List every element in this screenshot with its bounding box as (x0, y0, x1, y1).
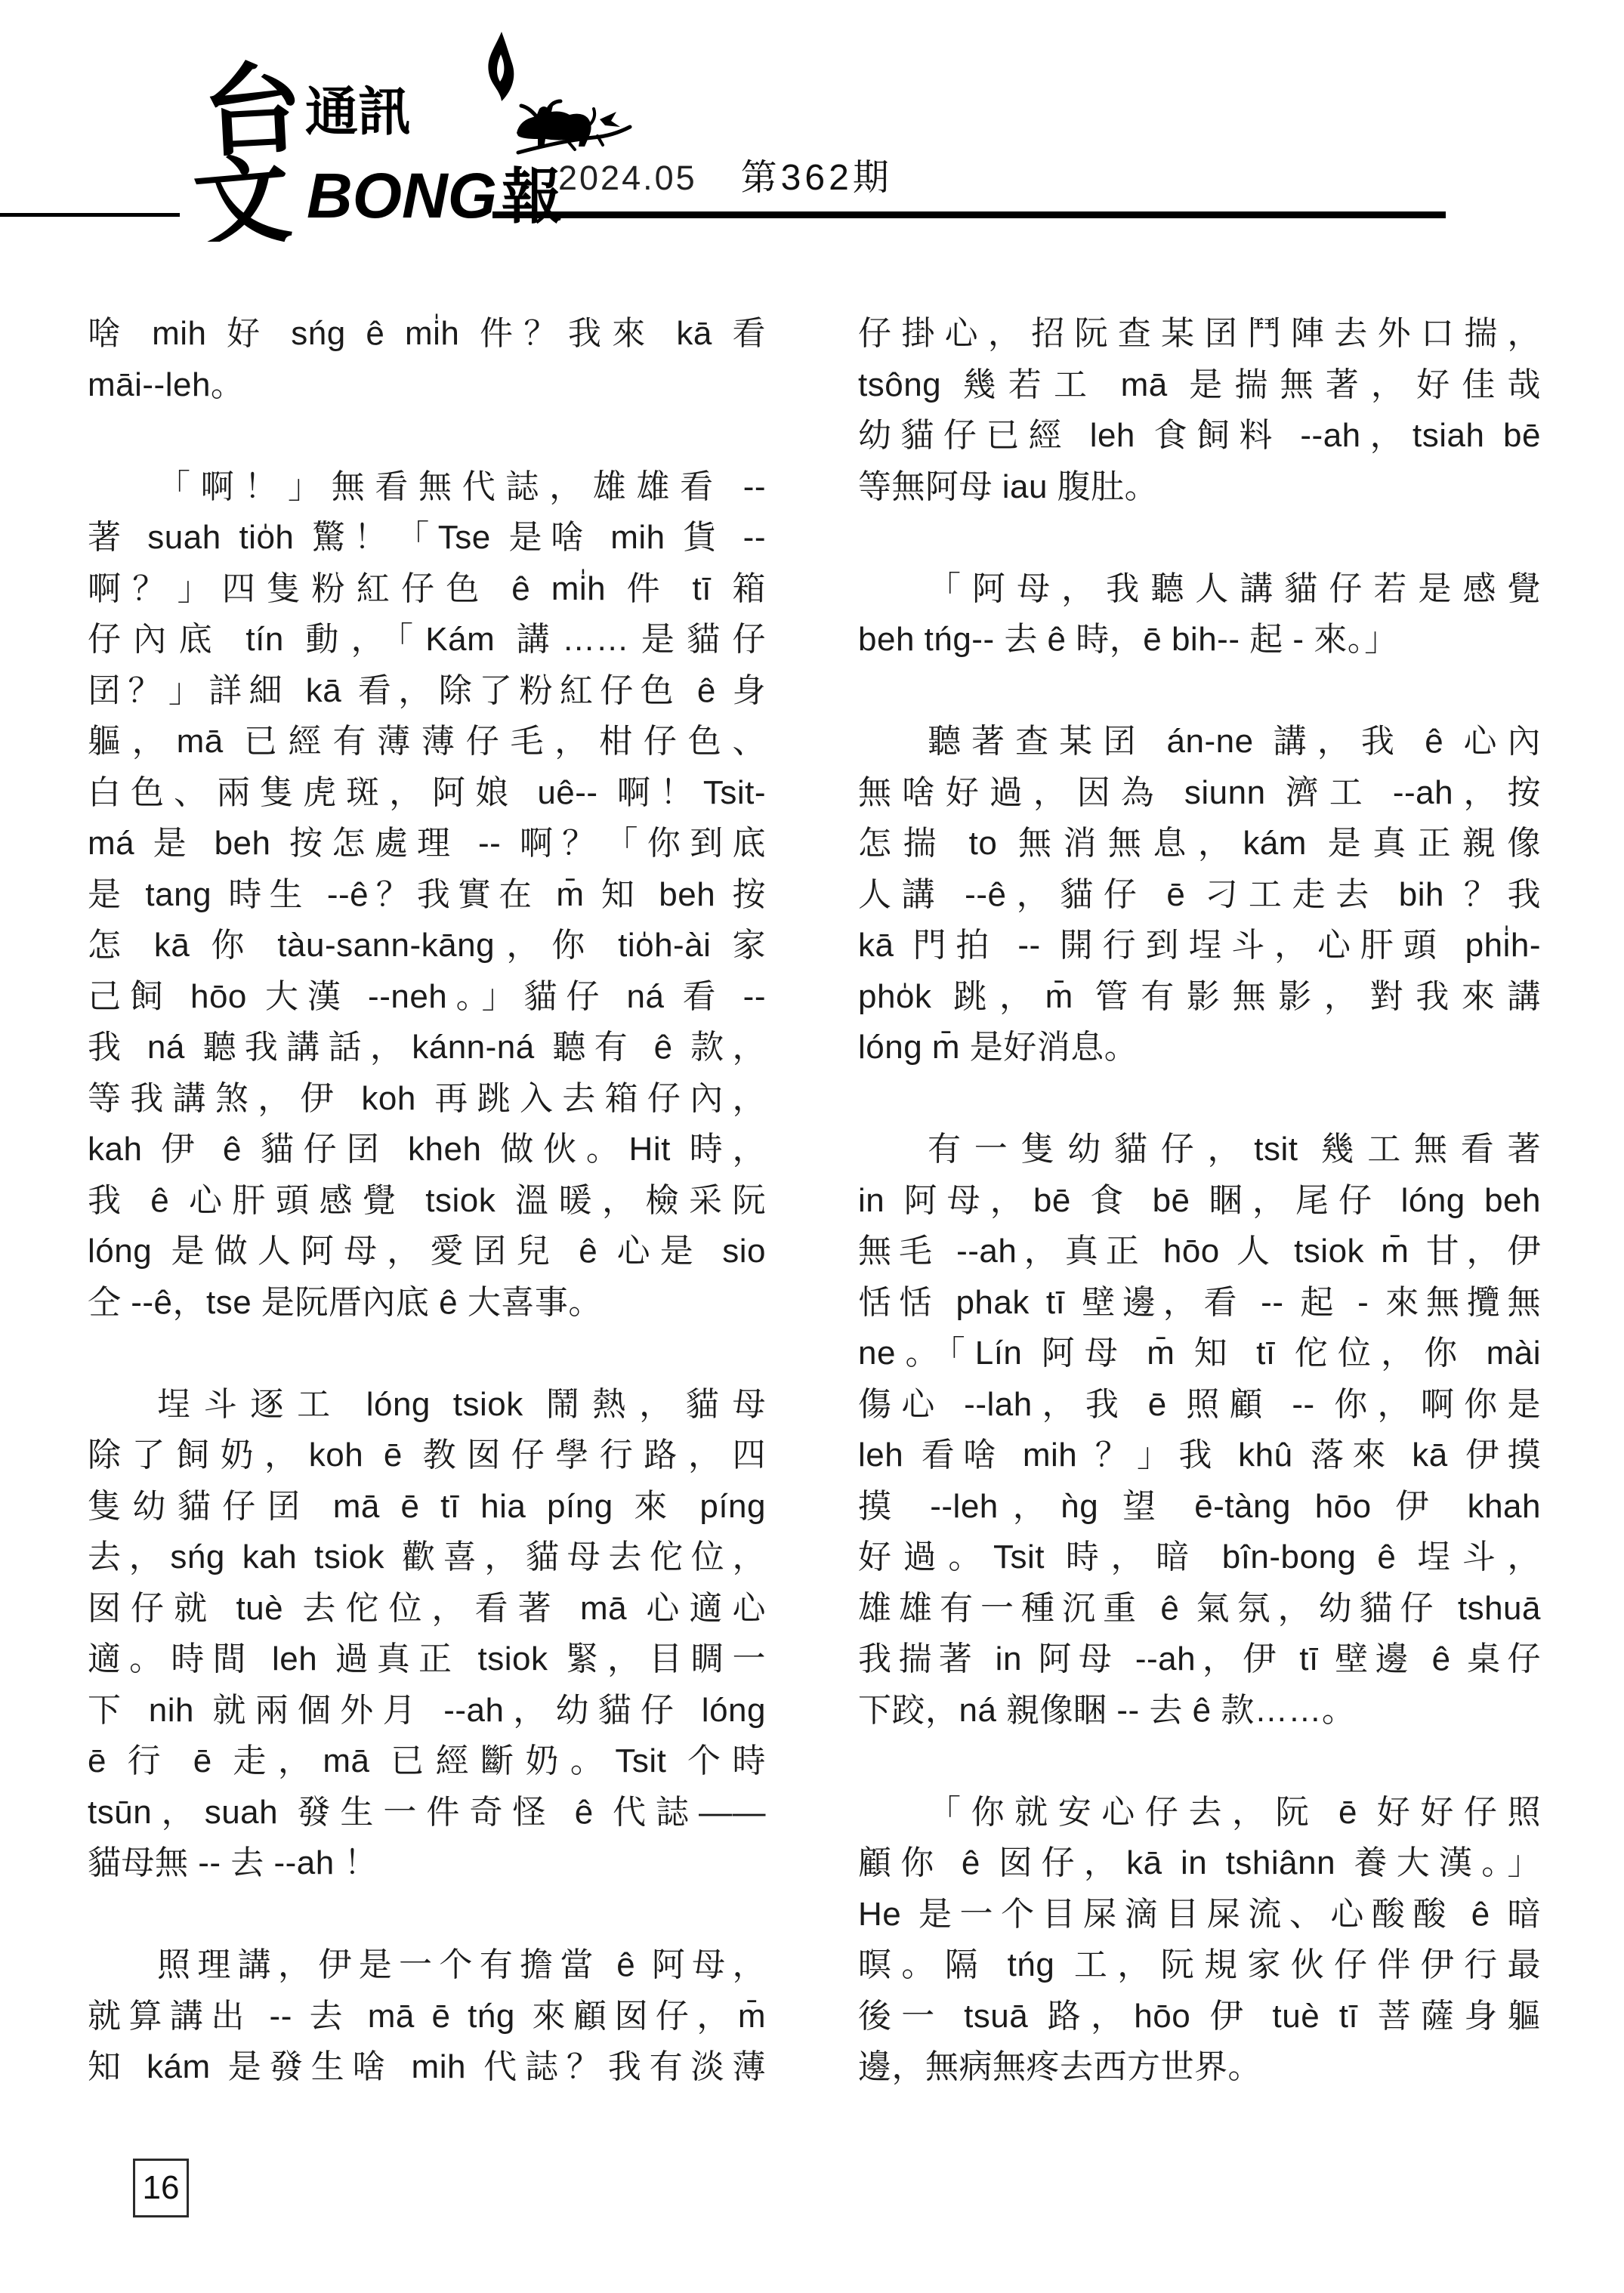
paragraph: 仔掛心，招阮查某囝鬥陣去外口揣，tsông 幾若工 mā 是揣無著，好佳哉幼貓仔… (858, 308, 1541, 512)
text-line: 知 kám 是發生啥 mih 代誌？我有淡薄 (88, 2041, 766, 2093)
text-line: lóng m̄ 是好消息。 (858, 1022, 1541, 1073)
text-line: 我 ê 心肝頭感覺 tsiok 溫暖，檢采阮 (88, 1175, 766, 1227)
text-line: ne。「Lín 阿母 m̄ 知 tī 佗位，你 mài (858, 1328, 1541, 1379)
text-line: 等我講煞，伊 koh 再跳入去箱仔內， (88, 1073, 766, 1125)
text-line: 人講 --ê，貓仔 ē 刁工走去 bih ？我 (858, 869, 1541, 921)
text-line: tsūn，suah 發生一件奇怪 ê 代誌—— (88, 1787, 766, 1838)
text-line: 後一 tsuā 路，hōo 伊 tuè tī 菩薩身軀 (858, 1991, 1541, 2042)
paragraph: 「啊！」無看無代誌，雄雄看 --著 suah tio̍h 驚！「Tse 是啥 m… (88, 461, 766, 1329)
text-line: He 是一个目屎滴目屎流、心酸酸 ê 暗 (858, 1889, 1541, 1940)
text-line: 好過。Tsit 時，暗 bîn-bong ê 埕斗， (858, 1532, 1541, 1583)
logo-word-po: 報 (502, 163, 562, 230)
text-line: 囡仔就 tuè 去佗位，看著 mā 心適心 (88, 1583, 766, 1634)
issue-date: 2024.05 (558, 159, 697, 198)
text-line: 除了飼奶，koh ē 教囡仔學行路，四 (88, 1430, 766, 1481)
text-line: 著 suah tio̍h 驚！「Tse 是啥 mih 貨 -- (88, 512, 766, 563)
paragraph: 埕斗逐工 lóng tsiok 鬧熱，貓母除了飼奶，koh ē 教囡仔學行路，四… (88, 1379, 766, 1889)
paragraph: 有一隻幼貓仔，tsit 幾工無看著in 阿母，bē 食 bē 睏，尾仔 lóng… (858, 1124, 1541, 1736)
header-rule-left (0, 213, 180, 217)
left-column: 啥 mih 好 sńg ê mi̍h 件？我來 kā 看māi--leh。「啊！… (88, 308, 766, 2143)
paragraph: 照理講，伊是一个有擔當 ê 阿母，就算講出 -- 去 mā ē tńg 來顧囡仔… (88, 1940, 766, 2093)
text-line: 去，sńg kah tsiok 歡喜，貓母去佗位， (88, 1532, 766, 1583)
text-line: lóng 是做人阿母，愛囝兒 ê 心是 sio (88, 1226, 766, 1277)
text-line: in 阿母，bē 食 bē 睏，尾仔 lóng beh (858, 1175, 1541, 1227)
text-line: 仔內底 tín 動，「Kám 講……是貓仔 (88, 614, 766, 665)
paragraph: 「你就安心仔去，阮 ē 好好仔照顧你 ê 囡仔，kā in tshiânn 養大… (858, 1787, 1541, 2093)
issue-number: 第362期 (741, 148, 893, 200)
text-line: 雄雄有一種沉重 ê 氣氛，幼貓仔 tshuā (858, 1583, 1541, 1634)
text-line: pho̍k 跳，m̄ 管有影無影，對我來講 (858, 971, 1541, 1023)
text-line: 仔掛心，招阮查某囝鬥陣去外口揣， (858, 308, 1541, 360)
text-line: 就算講出 -- 去 mā ē tńg 來顧囡仔，m̄ (88, 1991, 766, 2042)
text-line: 啊？」四隻粉紅仔色 ê mi̍h 件 tī 箱 (88, 563, 766, 615)
buffalo-icon (517, 101, 594, 148)
text-line: 下跤，ná 親像睏 -- 去 ê 款……。 (858, 1685, 1541, 1736)
text-line: 仝 --ê，tse 是阮厝內底 ê 大喜事。 (88, 1277, 766, 1329)
issue-info: 2024.05 第362期 (558, 148, 893, 200)
text-line: 是 tang 時生 --ê？我實在 m̄ 知 beh 按 (88, 869, 766, 921)
text-line: 照理講，伊是一个有擔當 ê 阿母， (88, 1940, 766, 1991)
text-line: tsông 幾若工 mā 是揣無著，好佳哉 (858, 360, 1541, 411)
text-line: 「阿母，我聽人講貓仔若是感覺 (858, 563, 1541, 615)
text-line: 聽著查某囝 án-ne 講，我 ê 心內 (858, 716, 1541, 767)
text-line: 適。時間 leh 過真正 tsiok 緊，目睭一 (88, 1634, 766, 1685)
text-line: ē 行 ē 走，mā 已經斷奶。Tsit 个時 (88, 1736, 766, 1787)
text-line: 顧你 ê 囡仔，kā in tshiânn 養大漢。」 (858, 1838, 1541, 1889)
bird-icon (600, 112, 620, 127)
magazine-logo: 台 文 通訊 BONG 報 (186, 30, 639, 242)
text-line: 己飼 hōo 大漢 --neh。」貓仔 ná 看 -- (88, 971, 766, 1023)
text-line: 軀，mā 已經有薄薄仔毛，柑仔色、 (88, 716, 766, 767)
text-line: kā 門拍 -- 開行到埕斗，心肝頭 phi̍h- (858, 920, 1541, 971)
logo-word-thongsin: 通訊 (305, 82, 411, 141)
text-line: kah 伊 ê 貓仔囝 kheh 做伙。Hit 時， (88, 1124, 766, 1175)
text-line: 等無阿母 iau 腹肚。 (858, 461, 1541, 513)
text-line: 摸 --leh，ǹg 望 ē-tàng hōo 伊 khah (858, 1481, 1541, 1532)
text-line: 邊，無病無疼去西方世界。 (858, 2041, 1541, 2093)
text-line: 埕斗逐工 lóng tsiok 鬧熱，貓母 (88, 1379, 766, 1430)
text-line: 我 ná 聽我講話，kánn-ná 聽有 ê 款， (88, 1022, 766, 1073)
logo-char-bun: 文 (190, 145, 295, 242)
text-line: 啥 mih 好 sńg ê mi̍h 件？我來 kā 看 (88, 308, 766, 360)
paragraph: 「阿母，我聽人講貓仔若是感覺beh tńg-- 去 ê 時，ē bih-- 起 … (858, 563, 1541, 665)
text-line: leh 看啥 mih ？」我 khû 落來 kā 伊摸 (858, 1430, 1541, 1481)
text-line: 無啥好過，因為 siunn 濟工 --ah，按 (858, 767, 1541, 819)
text-line: 無毛 --ah，真正 hōo 人 tsiok m̄ 甘，伊 (858, 1226, 1541, 1277)
magazine-page: 台 文 通訊 BONG 報 (0, 0, 1624, 2293)
text-line: 「你就安心仔去，阮 ē 好好仔照 (858, 1787, 1541, 1838)
text-line: 白色、兩隻虎斑，阿娘 uê-- 啊！Tsit- (88, 767, 766, 819)
text-line: 下 nih 就兩個外月 --ah，幼貓仔 lóng (88, 1685, 766, 1736)
right-column: 仔掛心，招阮查某囝鬥陣去外口揣，tsông 幾若工 mā 是揣無著，好佳哉幼貓仔… (858, 308, 1541, 2143)
page-number: 16 (143, 2169, 180, 2207)
text-line: māi--leh。 (88, 360, 766, 411)
page-number-box: 16 (133, 2159, 189, 2217)
text-line: má 是 beh 按怎處理 -- 啊？「你到底 (88, 818, 766, 869)
text-line: 囝？」詳細 kā 看，除了粉紅仔色 ê 身 (88, 665, 766, 717)
header-rule-right (492, 211, 1446, 218)
flame-icon (488, 32, 514, 101)
paragraph: 啥 mih 好 sńg ê mi̍h 件？我來 kā 看māi--leh。 (88, 308, 766, 410)
text-line: 「啊！」無看無代誌，雄雄看 -- (88, 461, 766, 513)
text-line: 恬恬 phak tī 壁邊，看 -- 起 - 來無攬無 (858, 1277, 1541, 1329)
text-line: beh tńg-- 去 ê 時，ē bih-- 起 - 來。」 (858, 614, 1541, 665)
text-line: 怎揣 to 無消無息，kám 是真正親像 (858, 818, 1541, 869)
text-line: 暝。隔 tńg 工，阮規家伙仔伴伊行最 (858, 1940, 1541, 1991)
text-line: 貓母無 -- 去 --ah ！ (88, 1838, 766, 1889)
logo-word-bong: BONG (307, 160, 497, 231)
text-line: 怎 kā 你 tàu-sann-kāng，你 tio̍h-ài 家 (88, 920, 766, 971)
text-line: 幼貓仔已經 leh 食飼料 --ah，tsiah bē (858, 410, 1541, 461)
text-line: 我揣著 in 阿母 --ah，伊 tī 壁邊 ê 桌仔 (858, 1634, 1541, 1685)
text-line: 有一隻幼貓仔，tsit 幾工無看著 (858, 1124, 1541, 1175)
text-line: 隻幼貓仔囝 mā ē tī hia píng 來 píng (88, 1481, 766, 1532)
paragraph: 聽著查某囝 án-ne 講，我 ê 心內無啥好過，因為 siunn 濟工 --a… (858, 716, 1541, 1073)
text-line: 傷心 --lah，我 ē 照顧 -- 你，啊你是 (858, 1379, 1541, 1430)
